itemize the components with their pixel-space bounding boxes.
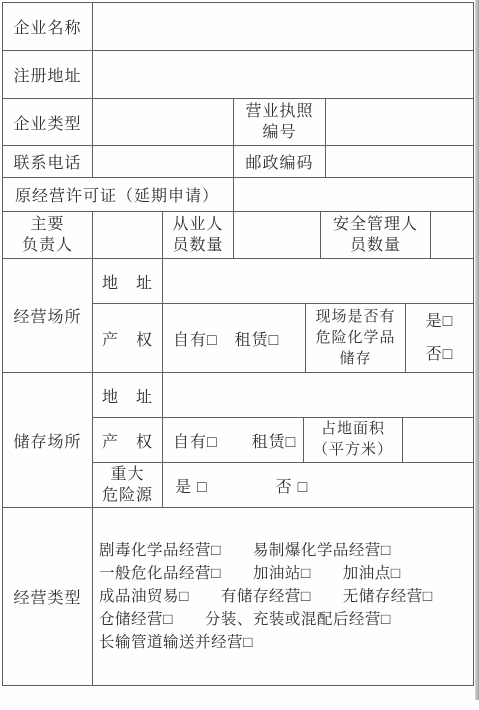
company-type-label: 企业类型 — [3, 99, 93, 145]
original-license-label: 原经营许可证（延期申请） — [3, 178, 234, 211]
row-registered-address: 注册地址 — [3, 51, 473, 99]
row-principal: 主要 负责人 从业人 员数量 安全管理人 员数量 — [3, 212, 473, 259]
safety-manager-count-field[interactable] — [431, 212, 473, 258]
row-company-name: 企业名称 — [3, 3, 473, 51]
application-form-table: 企业名称 注册地址 企业类型 营业执照 编号 联系电话 邮政编码 原经营许可证（… — [2, 2, 474, 686]
business-site-property-checkboxes[interactable]: 自有□ 租赁□ — [163, 304, 306, 372]
business-license-no-label: 营业执照 编号 — [234, 99, 326, 145]
storage-site-property-checkboxes[interactable]: 自有□ 租赁□ — [163, 418, 304, 462]
hazmat-onsite-label: 现场是否有 危险化学品 储存 — [306, 304, 406, 372]
major-hazard-row: 重大 危险源 是 □ 否 □ — [93, 463, 473, 507]
employee-count-field[interactable] — [234, 212, 321, 258]
company-name-field[interactable] — [93, 3, 473, 50]
company-name-label: 企业名称 — [3, 3, 93, 50]
major-hazard-checkboxes[interactable]: 是 □ 否 □ — [163, 463, 473, 507]
business-site-subrows: 地 址 产 权 自有□ 租赁□ 现场是否有 危险化学品 储存 是□ 否□ — [93, 259, 473, 372]
storage-site-address-field[interactable] — [163, 373, 473, 417]
original-license-field[interactable] — [234, 178, 473, 211]
section-storage-site: 储存场所 地 址 产 权 自有□ 租赁□ 占地面积 （平方米） 重大 危险源 是… — [3, 373, 473, 508]
row-original-license: 原经营许可证（延期申请） — [3, 178, 473, 212]
storage-site-property-label: 产 权 — [93, 418, 163, 462]
registered-address-label: 注册地址 — [3, 51, 93, 98]
safety-manager-count-label: 安全管理人 员数量 — [321, 212, 431, 258]
postal-code-label: 邮政编码 — [234, 146, 326, 177]
business-site-property-label: 产 权 — [93, 304, 163, 372]
postal-code-field[interactable] — [326, 146, 473, 177]
business-license-no-field[interactable] — [326, 99, 473, 145]
storage-site-address-label: 地 址 — [93, 373, 163, 417]
major-hazard-label: 重大 危险源 — [93, 463, 163, 507]
business-site-address-label: 地 址 — [93, 259, 163, 303]
scanned-form-page: 企业名称 注册地址 企业类型 营业执照 编号 联系电话 邮政编码 原经营许可证（… — [0, 0, 479, 710]
contact-phone-label: 联系电话 — [3, 146, 93, 177]
row-contact-phone: 联系电话 邮政编码 — [3, 146, 473, 178]
employee-count-label: 从业人 员数量 — [163, 212, 234, 258]
principal-field[interactable] — [93, 212, 163, 258]
storage-site-section-label: 储存场所 — [3, 373, 93, 507]
contact-phone-field[interactable] — [93, 146, 234, 177]
floor-area-field[interactable] — [403, 418, 473, 462]
business-site-section-label: 经营场所 — [3, 259, 93, 372]
scan-edge-shadow — [475, 0, 479, 700]
business-type-checkboxes[interactable]: 剧毒化学品经营□ 易制爆化学品经营□ 一般危化品经营□ 加油站□ 加油点□ 成品… — [93, 508, 473, 685]
business-site-address-field[interactable] — [163, 259, 473, 303]
company-type-field[interactable] — [93, 99, 234, 145]
section-business-site: 经营场所 地 址 产 权 自有□ 租赁□ 现场是否有 危险化学品 储存 是□ 否… — [3, 259, 473, 373]
floor-area-label: 占地面积 （平方米） — [304, 418, 403, 462]
registered-address-field[interactable] — [93, 51, 473, 98]
storage-site-subrows: 地 址 产 权 自有□ 租赁□ 占地面积 （平方米） 重大 危险源 是 □ 否 … — [93, 373, 473, 507]
storage-site-address-row: 地 址 — [93, 373, 473, 418]
hazmat-onsite-checkboxes[interactable]: 是□ 否□ — [406, 304, 473, 372]
row-company-type: 企业类型 营业执照 编号 — [3, 99, 473, 146]
business-site-address-row: 地 址 — [93, 259, 473, 304]
principal-label: 主要 负责人 — [3, 212, 93, 258]
business-type-section-label: 经营类型 — [3, 508, 93, 685]
business-site-property-row: 产 权 自有□ 租赁□ 现场是否有 危险化学品 储存 是□ 否□ — [93, 304, 473, 372]
section-business-type: 经营类型 剧毒化学品经营□ 易制爆化学品经营□ 一般危化品经营□ 加油站□ 加油… — [3, 508, 473, 685]
storage-site-property-row: 产 权 自有□ 租赁□ 占地面积 （平方米） — [93, 418, 473, 463]
